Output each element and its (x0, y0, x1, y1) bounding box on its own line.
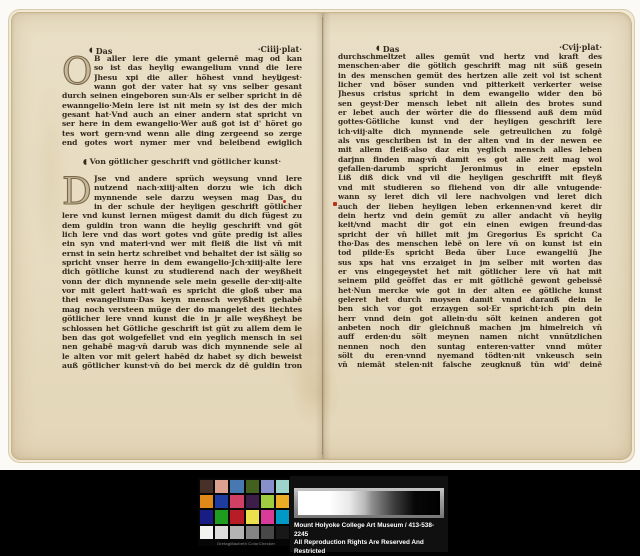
color-patch (276, 495, 289, 508)
text-line: end gotes wort nymer mer vnd beleibend e… (62, 138, 302, 147)
page-stain (290, 361, 342, 427)
text-line: gefallen·darumb spricht Jeronimus in ein… (338, 164, 602, 173)
text-line: ser here in dem ewangelio·Wer auß got is… (62, 119, 302, 128)
text-line: gottes·Götliche kunst vnd der heyligen g… (338, 117, 602, 126)
text-line: nen gehabē mag·vn̄ darub was dich mynnen… (62, 342, 302, 351)
text-line: ben sich vor got erzaygen sol·Er spricht… (338, 304, 602, 313)
color-patch (230, 526, 243, 539)
color-patch (276, 480, 289, 493)
text-line: geleret het durch moysen damit vnnd dara… (338, 295, 602, 304)
text-line: menschen·aber die götlich geschrift mag … (338, 61, 602, 70)
text-line: lich lere vnd das wort gotes vnd güte pr… (62, 230, 302, 239)
text-line: spricht der vn̄ hillet mit jm Gregorius … (338, 230, 602, 239)
text-line: le alten vor mit gelert habēd dz habet s… (62, 352, 302, 361)
left-page-paragraph-2: D Jse vnd andere sprüch weysung vnnd ler… (62, 174, 302, 370)
text-line: ben das got wolgefellet vnd ein yeglich … (62, 333, 302, 342)
color-patch (230, 510, 243, 523)
decorated-initial-letter: D (62, 174, 91, 211)
text-line: gesant hat·Vnd auch an einer andern stat… (62, 110, 302, 119)
text-line: schlossen het Götliche geschrift ist güt… (62, 324, 302, 333)
text-line: vor mit gelert hatt·wan̄ es spricht die … (62, 286, 302, 295)
text-line: ich·viij·alte dich mynnende sele getreul… (338, 127, 602, 136)
color-patch (276, 510, 289, 523)
decorated-initial-letter: O (62, 54, 91, 91)
rights-notice-line: All Reproduction Rights Are Reserved And… (294, 539, 444, 556)
text-line: dein hertz vnd dein gemüt zu aller andac… (338, 211, 602, 220)
text-line: nennen noch den suntag enteren·vatter vn… (338, 342, 602, 351)
museum-credit-line: Mount Holyoke College Art Museum / 413-5… (294, 522, 444, 539)
text-line: herr vnnd dein got allein·du sölt keinen… (338, 314, 602, 323)
open-book-spread: ◖ Das ·Ciiij·plat· O B aller lere die ym… (11, 12, 632, 460)
text-line: er vns eingegeystet het mit götlicher le… (338, 267, 602, 276)
left-page-folio-number: ·Ciiij·plat· (258, 44, 302, 54)
color-checker-chart (198, 478, 294, 546)
color-patch (230, 480, 243, 493)
text-line: vonn der dich mynnende sele mein geselle… (62, 277, 302, 286)
color-checker-caption: GretagMacbeth ColorChecker (200, 541, 292, 546)
text-line: ein syn vnd materi·vnd wer mit fleiß die… (62, 239, 302, 248)
text-line: götlicher lere vnnd kunst die in jr alle… (62, 314, 302, 323)
text-line: tod pilde·Es spricht Beda über Luce ewan… (338, 248, 602, 257)
color-patch (246, 526, 259, 539)
calibration-band: GretagMacbeth ColorChecker Mount Holyoke… (0, 470, 640, 556)
text-line: auch der lieben heyligen leben erkennen·… (338, 202, 602, 211)
color-patch (261, 480, 274, 493)
color-patch (200, 526, 213, 539)
text-line: ewanngelio·Mein lere ist nit mein sy ist… (62, 101, 302, 110)
text-line: sus xps hat vns erzaiget in jm selber mi… (338, 258, 602, 267)
text-line: ernst in sein hertz schreibet vnd behalt… (62, 249, 302, 258)
text-line: B aller lere die ymant gelernē mag od ka… (94, 54, 302, 63)
grayscale-plate: Mount Holyoke College Art Museum / 413-5… (290, 476, 448, 552)
text-line: mit allem fleiß·also daz ein yeglich men… (338, 145, 602, 154)
color-patch (261, 526, 274, 539)
text-line: dem guldin tron wann die heylig geschrif… (62, 221, 302, 230)
text-line: er lebet auch der wörter die do fliessen… (338, 108, 602, 117)
color-patch (261, 495, 274, 508)
text-line: auff erden·du sölt meynen namen nicht vn… (338, 332, 602, 341)
text-line: durchschmeltzet alles gemüt vnd hertz vn… (338, 52, 602, 61)
color-patch (246, 510, 259, 523)
text-line: Liß diß dick vnd vil die heyligen geschr… (338, 173, 602, 182)
text-line: lere vnd kunst lernen mügest damit du di… (62, 211, 302, 220)
right-page-folio-number: ·Cvij·plat· (559, 42, 602, 52)
color-patch (200, 480, 213, 493)
text-line: auß götlicher kunst·vn̄ do bei merck dz … (62, 361, 302, 370)
text-line: sen geyst·Der mensch lebet nit allein de… (338, 99, 602, 108)
color-patch (200, 510, 213, 523)
color-patch (215, 480, 228, 493)
color-patch (230, 495, 243, 508)
grayscale-gradient-bar (298, 491, 440, 515)
color-patch (215, 510, 228, 523)
right-page-text-block: durchschmeltzet alles gemüt vnd hertz vn… (338, 52, 602, 370)
color-patch (261, 510, 274, 523)
text-line: thei ewangelium·Das keyn mensch weyßheit… (62, 295, 302, 304)
text-line: keit/vnd macht dir got ein einen ewigen … (338, 220, 602, 229)
text-line: spricht vnser herre in dem ewangelio·Jch… (62, 258, 302, 267)
grayscale-frame (294, 488, 444, 518)
text-line: vnd mit studieren so fliehend von dir al… (338, 183, 602, 192)
text-line: dich götliche kunst zu studierend nach d… (62, 267, 302, 276)
color-patch (200, 495, 213, 508)
text-line: Jhesus cristus spricht in dem ewangelio … (338, 89, 602, 98)
color-patch (276, 526, 289, 539)
text-line: Jhesu xpi die aller höhest vnnd heyliges… (94, 73, 302, 82)
text-line: durch seinen eingeboren sun·Als er selbe… (62, 91, 302, 100)
text-line: seinem pild geöffet das er mit götlichē … (338, 276, 602, 285)
text-line: licher vnd böser sunden vnd pitterkeit v… (338, 80, 602, 89)
text-line: in der schule der heyligen geschrift göt… (94, 202, 302, 211)
text-line: Jse vnd andere sprüch weysung vnnd lere (94, 174, 302, 183)
color-patch (215, 495, 228, 508)
text-line: vn̄ niemāt stelen·nit falsche zeugknuß t… (338, 360, 602, 369)
text-line: tho·Das des menschen lebē on lere vn̄ on… (338, 239, 602, 248)
text-line: darjnn finden mag·vn̄ damit es got alle … (338, 155, 602, 164)
text-line: wann sy leret dich vil lere nachvolgen v… (338, 192, 602, 201)
color-patch (215, 526, 228, 539)
color-patch (246, 495, 259, 508)
color-patch (246, 480, 259, 493)
text-line: nutzend nach·xiiij·alten dorzu wie ich d… (94, 183, 302, 192)
text-line: sölt du eren·vnnd nyemand tödten·nit vnk… (338, 351, 602, 360)
text-line: het·Nun mercke wie got in der alten ee g… (338, 286, 602, 295)
text-line: tes wort gern·vnd wenn alle ding zergeen… (62, 129, 302, 138)
text-line: als vns geschriben ist in der alten vnd … (338, 136, 602, 145)
text-line: in des menschen gemüt des hertzen alle z… (338, 71, 602, 80)
text-line: mynnende sele darzu weysen mag Das du (94, 193, 302, 202)
red-rubrication-dot (333, 202, 337, 206)
text-line: so ist das heylig ewangelium vnnd die le… (94, 63, 302, 72)
text-line: anbeten noch dir gleichnuß machen jm him… (338, 323, 602, 332)
text-line: mag noch versteen müge der do mangelet d… (62, 305, 302, 314)
photo-background: ◖ Das ·Ciiij·plat· O B aller lere die ym… (0, 0, 640, 470)
left-page-paragraph-1: O B aller lere die ymant gelernē mag od … (62, 54, 302, 147)
text-line: wann got der vater hat sy vns selber ges… (94, 82, 302, 91)
left-page-section-heading: ◖ Von götlicher geschrift vnd götlicher … (62, 157, 302, 166)
